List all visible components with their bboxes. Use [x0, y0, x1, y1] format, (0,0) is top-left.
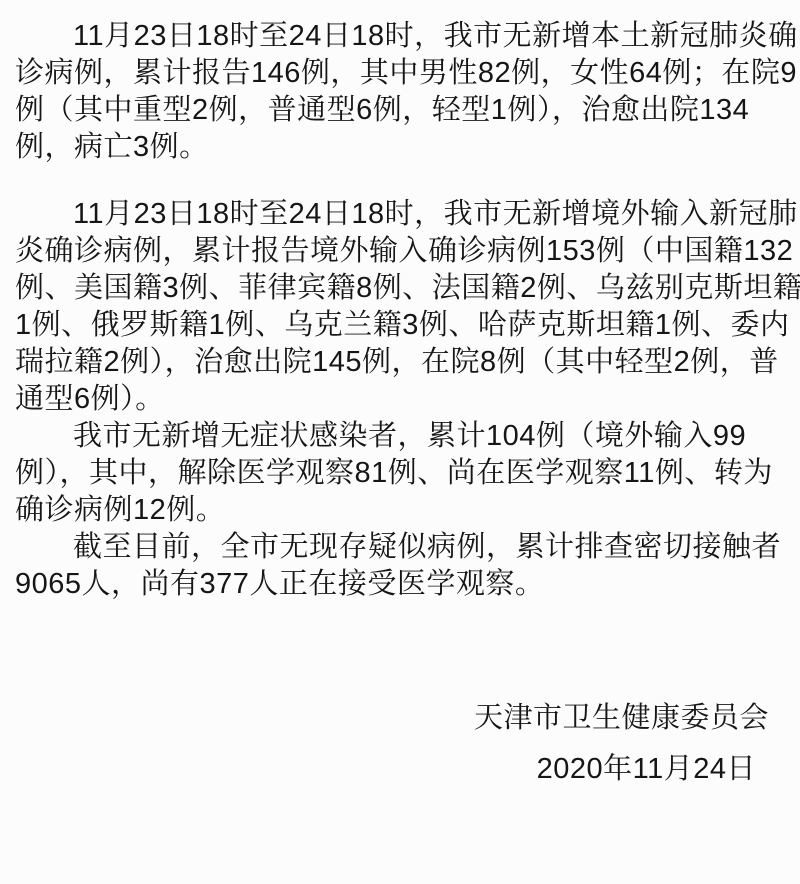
paragraph-local-confirmed-cases: 11月23日18时至24日18时，我市无新增本土新冠肺炎确 诊病例，累计报告14…	[15, 18, 776, 166]
announcement-page: 11月23日18时至24日18时，我市无新增本土新冠肺炎确 诊病例，累计报告14…	[0, 0, 800, 884]
text-line: 例、美国籍3例、菲律宾籍8例、法国籍2例、乌兹别克斯坦籍	[15, 270, 776, 307]
paragraph-close-contacts: 截至目前，全市无现存疑似病例，累计排查密切接触者 9065人，尚有377人正在接…	[15, 529, 776, 603]
signature-date: 2020年11月24日	[15, 751, 776, 788]
signature-issuer: 天津市卫生健康委员会	[15, 700, 776, 737]
text-line: 诊病例，累计报告146例，其中男性82例，女性64例；在院9	[15, 55, 776, 92]
paragraph-imported-confirmed-cases: 11月23日18时至24日18时，我市无新增境外输入新冠肺 炎确诊病例，累计报告…	[15, 196, 776, 418]
text-line: 确诊病例12例。	[15, 492, 776, 529]
text-line: 9065人，尚有377人正在接受医学观察。	[15, 566, 776, 603]
text-line: 瑞拉籍2例），治愈出院145例，在院8例（其中轻型2例，普	[15, 344, 776, 381]
paragraph-asymptomatic-cases: 我市无新增无症状感染者，累计104例（境外输入99 例），其中，解除医学观察81…	[15, 418, 776, 529]
text-line: 11月23日18时至24日18时，我市无新增境外输入新冠肺	[15, 196, 776, 233]
text-line: 11月23日18时至24日18时，我市无新增本土新冠肺炎确	[15, 18, 776, 55]
text-line: 我市无新增无症状感染者，累计104例（境外输入99	[15, 418, 776, 455]
announcement-body: 11月23日18时至24日18时，我市无新增本土新冠肺炎确 诊病例，累计报告14…	[0, 0, 800, 788]
text-line: 截至目前，全市无现存疑似病例，累计排查密切接触者	[15, 529, 776, 566]
text-line: 例，病亡3例。	[15, 129, 776, 166]
text-line: 1例、俄罗斯籍1例、乌克兰籍3例、哈萨克斯坦籍1例、委内	[15, 307, 776, 344]
text-line: 炎确诊病例，累计报告境外输入确诊病例153例（中国籍132	[15, 233, 776, 270]
text-line: 例（其中重型2例，普通型6例，轻型1例），治愈出院134	[15, 92, 776, 129]
text-line: 通型6例）。	[15, 381, 776, 418]
text-line: 例），其中，解除医学观察81例、尚在医学观察11例、转为	[15, 455, 776, 492]
signature-block: 天津市卫生健康委员会 2020年11月24日	[15, 700, 776, 788]
